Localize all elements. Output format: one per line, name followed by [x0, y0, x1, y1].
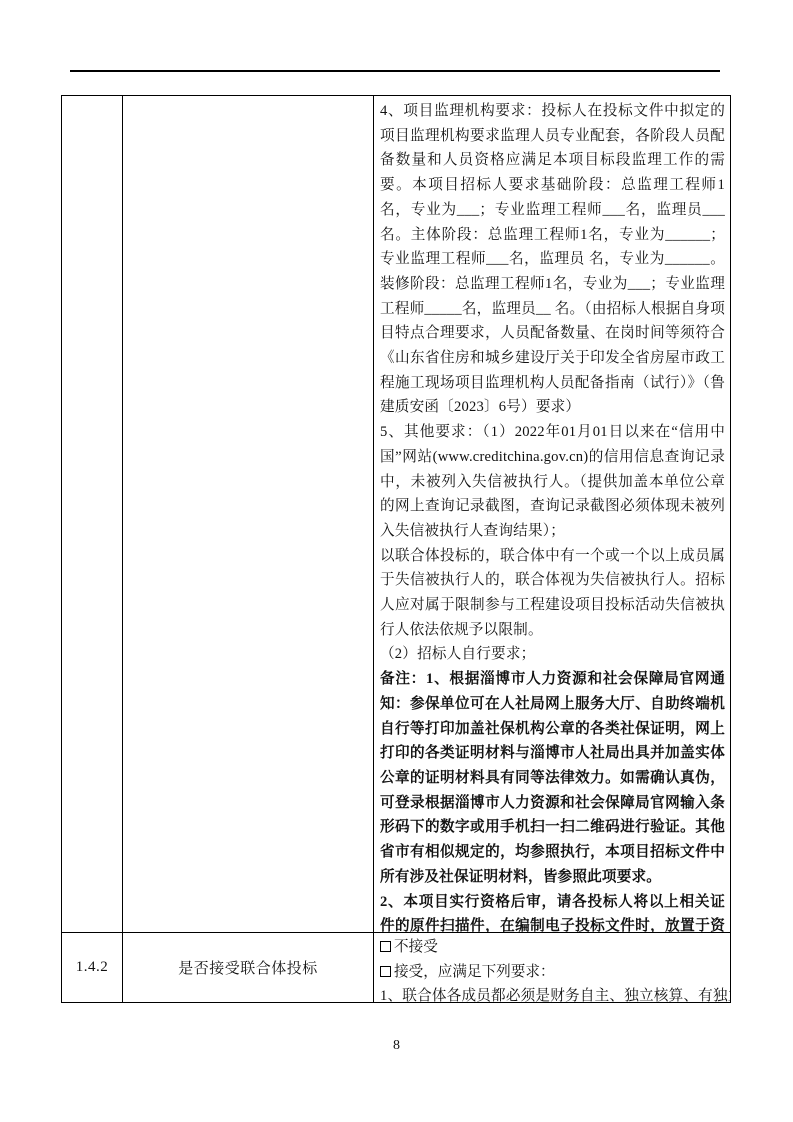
paragraph-other-requirements-credit-china: 5、其他要求：（1）2022年01月01日以来在“信用中国”网站(www.cre… [380, 420, 725, 544]
tender-requirements-table: 4、项目监理机构要求：投标人在投标文件中拟定的项目监理机构要求监理人员专业配套，… [61, 95, 731, 1003]
clause-title: 是否接受联合体投标 [123, 933, 374, 1002]
row2-content-cell: 不接受 接受，应满足下列要求： 1、联合体各成员都必须是财务自主、独立核算、有独… [374, 933, 730, 1002]
row1-clause-title-cell [123, 96, 374, 932]
paragraph-post-qualification-review: 2、本项目实行资格后审，请各投标人将以上相关证件的原件扫描件，在编制电子投标文件… [380, 890, 725, 933]
checkbox-unchecked-icon [380, 966, 391, 977]
clause-number: 1.4.2 [62, 933, 123, 1002]
option-not-accept: 不接受 [380, 935, 725, 960]
table-row: 1.4.2 是否接受联合体投标 不接受 接受，应满足下列要求： 1、联合体各成员… [62, 933, 730, 1002]
row1-clause-number-cell [62, 96, 123, 932]
joint-venture-member-requirement-line: 1、联合体各成员都必须是财务自主、独立核算、有独立 [380, 984, 725, 1002]
row1-content-cell: 4、项目监理机构要求：投标人在投标文件中拟定的项目监理机构要求监理人员专业配套，… [374, 96, 730, 932]
checkbox-unchecked-icon [380, 941, 391, 952]
table-row: 4、项目监理机构要求：投标人在投标文件中拟定的项目监理机构要求监理人员专业配套，… [62, 96, 730, 933]
paragraph-joint-venture-dishonest-rule: 以联合体投标的，联合体中有一个或一个以上成员属于失信被执行人的，联合体视为失信被… [380, 544, 725, 643]
option-accept-label: 接受，应满足下列要求： [394, 964, 555, 980]
paragraph-tenderer-own-requirements: （2）招标人自行要求； [380, 642, 725, 667]
header-rule [70, 70, 720, 72]
paragraph-supervision-org-requirements: 4、项目监理机构要求：投标人在投标文件中拟定的项目监理机构要求监理人员专业配套，… [380, 99, 725, 420]
option-not-accept-label: 不接受 [394, 939, 438, 955]
page-number: 8 [0, 1038, 793, 1054]
option-accept: 接受，应满足下列要求： [380, 960, 725, 985]
paragraph-note-social-security: 备注：1、根据淄博市人力资源和社会保障局官网通知：参保单位可在人社局网上服务大厅… [380, 667, 725, 889]
document-page: 4、项目监理机构要求：投标人在投标文件中拟定的项目监理机构要求监理人员专业配套，… [0, 0, 793, 1122]
